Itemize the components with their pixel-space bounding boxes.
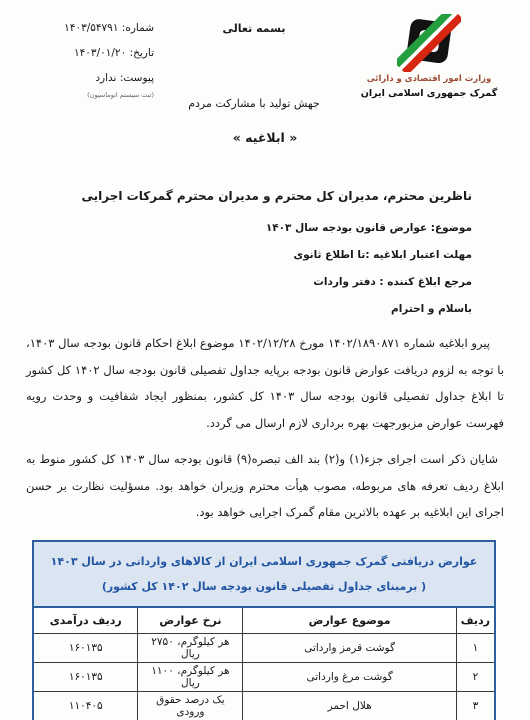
table-row: ۳ هلال احمر یک درصد حقوق ورودی ۱۱۰۴۰۵ xyxy=(33,692,495,720)
charges-table: عوارض دریافتی گمرک جمهوری اسلامی ایران ا… xyxy=(32,540,496,720)
row-number-cell: ۳ xyxy=(456,692,495,720)
salutation-line: باسلام و احترام xyxy=(26,296,472,323)
rate-cell: هر کیلوگرم، ۲۷۵۰ ریال xyxy=(138,634,243,663)
issuer-line: مرجع ابلاغ کننده : دفتر واردات xyxy=(26,269,472,296)
table-row: ۱ گوشت قرمز وارداتی هر کیلوگرم، ۲۷۵۰ ریا… xyxy=(33,634,495,663)
rate-cell: یک درصد حقوق ورودی xyxy=(138,692,243,720)
automation-note: (ثبت سیستم اتوماسیون) xyxy=(26,91,154,99)
column-header-rate: نرخ عوارض xyxy=(138,607,243,634)
letterhead: وزارت امور اقتصادی و دارائی گمرک جمهوری … xyxy=(26,0,504,116)
logo-block: وزارت امور اقتصادی و دارائی گمرک جمهوری … xyxy=(354,12,504,116)
letter-number-value: ۱۴۰۳/۵۴۷۹۱ xyxy=(64,22,118,34)
table-row: ۲ گوشت مرغ وارداتی هر کیلوگرم، ۱۱۰۰ ریال… xyxy=(33,663,495,692)
subject-cell: هلال احمر xyxy=(243,692,456,720)
table-title: عوارض دریافتی گمرک جمهوری اسلامی ایران ا… xyxy=(33,541,495,607)
year-slogan: جهش تولید با مشارکت مردم xyxy=(154,97,354,110)
letter-number: شماره: ۱۴۰۳/۵۴۷۹۱ xyxy=(26,22,154,34)
attachment-value: ندارد xyxy=(95,72,116,84)
addressee-line: ناظرین محترم، مدیران کل محترم و مدیران م… xyxy=(26,189,472,203)
meta-block: شماره: ۱۴۰۳/۵۴۷۹۱ تاریخ: ۱۴۰۳/۰۱/۲۰ پیوس… xyxy=(26,12,154,116)
subject-cell: گوشت مرغ وارداتی xyxy=(243,663,456,692)
rate-cell: هر کیلوگرم، ۱۱۰۰ ریال xyxy=(138,663,243,692)
subject-block: موضوع: عوارض قانون بودجه سال ۱۴۰۳ مهلت ا… xyxy=(26,215,472,323)
column-header-row: ردیف موضوع عوارض نرخ عوارض ردیف درآمدی xyxy=(33,607,495,634)
body-paragraph-1: پیرو ابلاغیه شماره ۱۴۰۲/۱۸۹۰۸۷۱ مورخ ۱۴۰… xyxy=(26,330,504,436)
row-number-cell: ۲ xyxy=(456,663,495,692)
table-title-row: عوارض دریافتی گمرک جمهوری اسلامی ایران ا… xyxy=(33,541,495,607)
subject-line: موضوع: عوارض قانون بودجه سال ۱۴۰۳ xyxy=(26,215,472,242)
subject-cell: گوشت قرمز وارداتی xyxy=(243,634,456,663)
doc-type-heading: « ابلاغیه » xyxy=(26,130,504,145)
bismillah-text: بسمه تعالی xyxy=(154,22,354,35)
table-title-line1: عوارض دریافتی گمرک جمهوری اسلامی ایران ا… xyxy=(38,549,490,574)
table-title-line2: ( برمبنای جداول تفصیلی قانون بودجه سال ۱… xyxy=(38,574,490,599)
column-header-no: ردیف xyxy=(456,607,495,634)
revenue-code-cell: ۱۶۰۱۳۵ xyxy=(33,634,138,663)
ministry-name: وزارت امور اقتصادی و دارائی xyxy=(354,74,504,84)
revenue-code-cell: ۱۶۰۱۳۵ xyxy=(33,663,138,692)
attachment-label: پیوست: xyxy=(120,72,154,84)
letter-number-label: شماره: xyxy=(122,22,154,34)
row-number-cell: ۱ xyxy=(456,634,495,663)
letter-date-label: تاریخ: xyxy=(130,47,154,59)
letter-date: تاریخ: ۱۴۰۳/۰۱/۲۰ xyxy=(26,47,154,59)
letter-sheet: وزارت امور اقتصادی و دارائی گمرک جمهوری … xyxy=(0,0,530,720)
header-center: بسمه تعالی جهش تولید با مشارکت مردم xyxy=(154,12,354,116)
iran-customs-logo-icon xyxy=(354,14,504,72)
organization-name: گمرک جمهوری اسلامی ایران xyxy=(354,88,504,99)
column-header-subject: موضوع عوارض xyxy=(243,607,456,634)
letter-date-value: ۱۴۰۳/۰۱/۲۰ xyxy=(74,47,126,59)
column-header-revenue: ردیف درآمدی xyxy=(33,607,138,634)
body-paragraph-2: شایان ذکر است اجرای جزء(۱) و(۲) بند الف … xyxy=(26,446,504,526)
attachment-field: پیوست: ندارد xyxy=(26,72,154,84)
revenue-code-cell: ۱۱۰۴۰۵ xyxy=(33,692,138,720)
validity-line: مهلت اعتبار ابلاغیه :تا اطلاع ثانوی xyxy=(26,242,472,269)
